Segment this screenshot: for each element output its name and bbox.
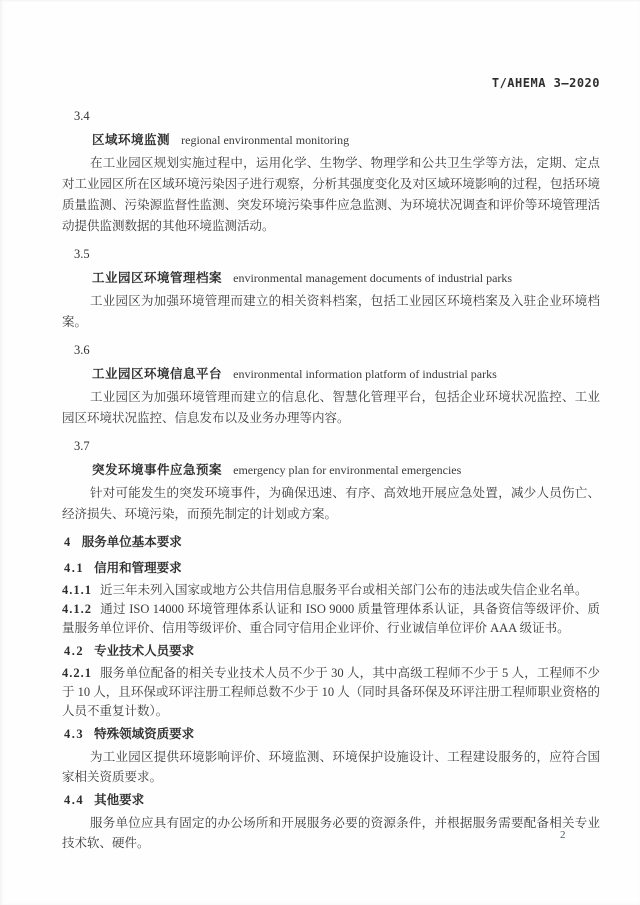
item-number: 4.2.1 [62, 666, 92, 680]
standard-number: T/AHEMA 3—2020 [492, 76, 600, 90]
subclause-4-3-heading: 4.3特殊领域资质要求 [64, 723, 600, 745]
subclause-paragraph: 服务单位应具有固定的办公场所和开展服务必要的资源条件，并根据服务需要配备相关专业… [62, 813, 600, 853]
clause-title: 服务单位基本要求 [82, 535, 182, 549]
item-text: 通过 ISO 14000 环境管理体系认证和 ISO 9000 质量管理体系认证… [62, 602, 600, 635]
term-title: 突发环境事件应急预案 emergency plan for environmen… [92, 459, 600, 481]
term-title-zh: 工业园区环境信息平台 [92, 367, 222, 381]
running-header: T/AHEMA 3—2020 [492, 76, 600, 90]
term-number: 3.4 [74, 105, 600, 127]
item-number: 4.1.1 [62, 583, 92, 597]
page-number: 2 [560, 829, 566, 841]
term-title-en: regional environmental monitoring [181, 133, 349, 147]
term-title: 工业园区环境管理档案 environmental management docu… [92, 267, 600, 289]
subclause-title: 专业技术人员要求 [94, 644, 194, 658]
term-number: 3.6 [74, 339, 600, 361]
subclause-4-3: 4.3特殊领域资质要求 为工业园区提供环境影响评价、环境监测、环境保护设施设计、… [62, 723, 600, 787]
subclause-title: 特殊领域资质要求 [94, 727, 194, 741]
term-section-3-6: 3.6 工业园区环境信息平台 environmental information… [62, 339, 600, 429]
subclause-number: 4.2 [64, 644, 84, 658]
clause-number: 4 [64, 535, 72, 549]
term-title: 区域环境监测 regional environmental monitoring [92, 129, 600, 151]
item-4-2-1: 4.2.1服务单位配备的相关专业技术人员不少于 30 人，其中高级工程师不少于 … [62, 664, 600, 721]
term-number: 3.5 [74, 243, 600, 265]
term-title-zh: 区域环境监测 [92, 133, 170, 147]
term-title-en: environmental information platform of in… [233, 367, 497, 381]
subclause-title: 信用和管理要求 [94, 561, 182, 575]
term-section-3-5: 3.5 工业园区环境管理档案 environmental management … [62, 243, 600, 333]
subclause-title: 其他要求 [94, 793, 144, 807]
item-number: 4.1.2 [62, 602, 92, 616]
subclause-4-4-heading: 4.4其他要求 [64, 789, 600, 811]
term-title-zh: 工业园区环境管理档案 [92, 271, 222, 285]
subclause-4-1: 4.1信用和管理要求 4.1.1近三年未列入国家或地方公共信用信息服务平台或相关… [62, 557, 600, 638]
subclause-number: 4.4 [64, 793, 84, 807]
term-title-zh: 突发环境事件应急预案 [92, 463, 222, 477]
term-definition: 在工业园区规划实施过程中，运用化学、生物学、物理学和公共卫生学等方法，定期、定点… [62, 153, 600, 237]
document-page: T/AHEMA 3—2020 3.4 区域环境监测 regional envir… [0, 0, 640, 905]
subclause-paragraph: 为工业园区提供环境影响评价、环境监测、环境保护设施设计、工程建设服务的，应符合国… [62, 747, 600, 787]
term-title-en: emergency plan for environmental emergen… [233, 463, 461, 477]
term-definition: 工业园区为加强环境管理而建立的相关资料档案，包括工业园区环境档案及入驻企业环境档… [62, 291, 600, 333]
subclause-4-2: 4.2专业技术人员要求 4.2.1服务单位配备的相关专业技术人员不少于 30 人… [62, 640, 600, 721]
term-section-3-4: 3.4 区域环境监测 regional environmental monito… [62, 105, 600, 237]
item-4-1-1: 4.1.1近三年未列入国家或地方公共信用信息服务平台或相关部门公布的违法或失信企… [62, 581, 600, 600]
term-section-3-7: 3.7 突发环境事件应急预案 emergency plan for enviro… [62, 435, 600, 525]
item-text: 服务单位配备的相关专业技术人员不少于 30 人，其中高级工程师不少于 5 人，工… [62, 666, 600, 718]
subclause-number: 4.3 [64, 727, 84, 741]
subclause-4-1-heading: 4.1信用和管理要求 [64, 557, 600, 579]
item-text: 近三年未列入国家或地方公共信用信息服务平台或相关部门公布的违法或失信企业名单。 [100, 583, 588, 597]
term-number: 3.7 [74, 435, 600, 457]
term-title: 工业园区环境信息平台 environmental information pla… [92, 363, 600, 385]
clause-4-heading: 4服务单位基本要求 [64, 531, 600, 553]
term-definition: 工业园区为加强环境管理而建立的信息化、智慧化管理平台，包括企业环境状况监控、工业… [62, 387, 600, 429]
term-definition: 针对可能发生的突发环境事件，为确保迅速、有序、高效地开展应急处置，减少人员伤亡、… [62, 483, 600, 525]
term-title-en: environmental management documents of in… [233, 271, 512, 285]
subclause-4-4: 4.4其他要求 服务单位应具有固定的办公场所和开展服务必要的资源条件，并根据服务… [62, 789, 600, 853]
subclause-number: 4.1 [64, 561, 84, 575]
item-4-1-2: 4.1.2通过 ISO 14000 环境管理体系认证和 ISO 9000 质量管… [62, 600, 600, 638]
subclause-4-2-heading: 4.2专业技术人员要求 [64, 640, 600, 662]
